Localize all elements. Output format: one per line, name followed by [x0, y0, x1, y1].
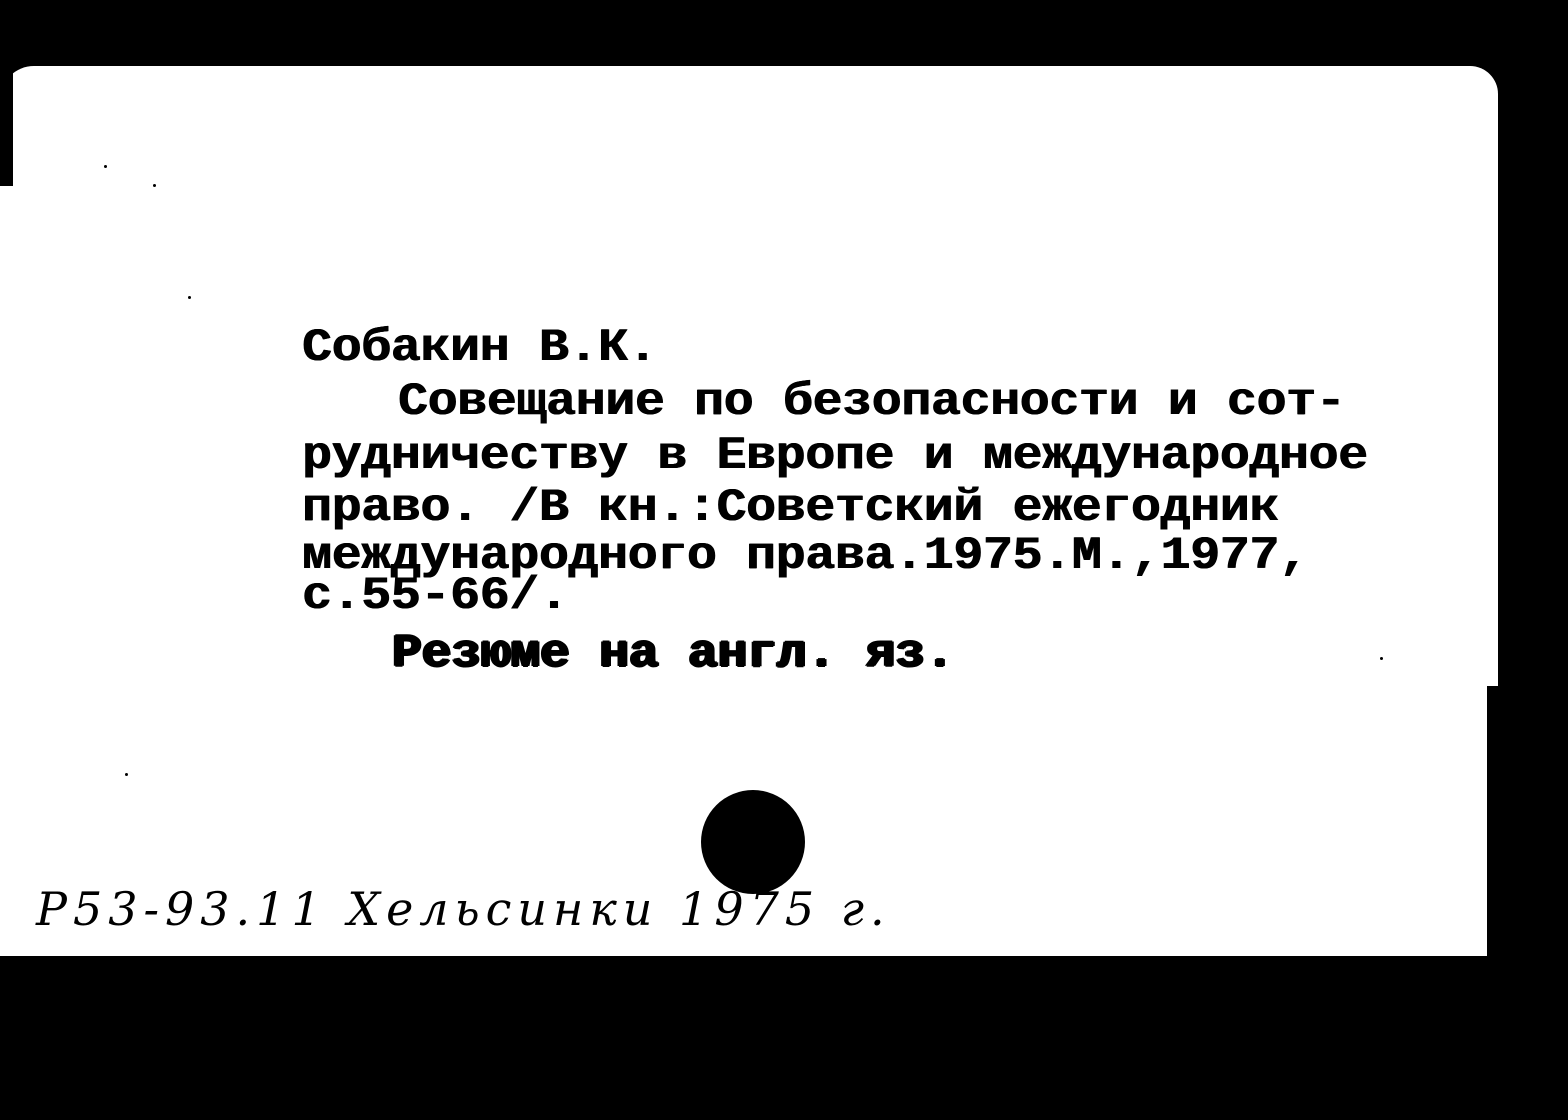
scan-speck: [125, 773, 128, 776]
title-line-1: Совещание по безопасности и сот-: [398, 380, 1345, 426]
author-heading: Собакин В.К.: [302, 326, 657, 372]
punch-hole-icon: [701, 790, 805, 894]
scan-speck: [104, 165, 107, 168]
scan-speck: [1380, 657, 1383, 660]
scan-speck: [188, 296, 191, 299]
scan-speck: [153, 184, 156, 187]
title-line-2: рудничеству в Европе и международное: [302, 434, 1368, 480]
title-line-3: право. /В кн.:Советский ежегодник: [302, 486, 1279, 532]
title-line-5-pages: с.55-66/.: [302, 574, 568, 620]
summary-note: Резюме на англ. яз.: [392, 632, 955, 678]
